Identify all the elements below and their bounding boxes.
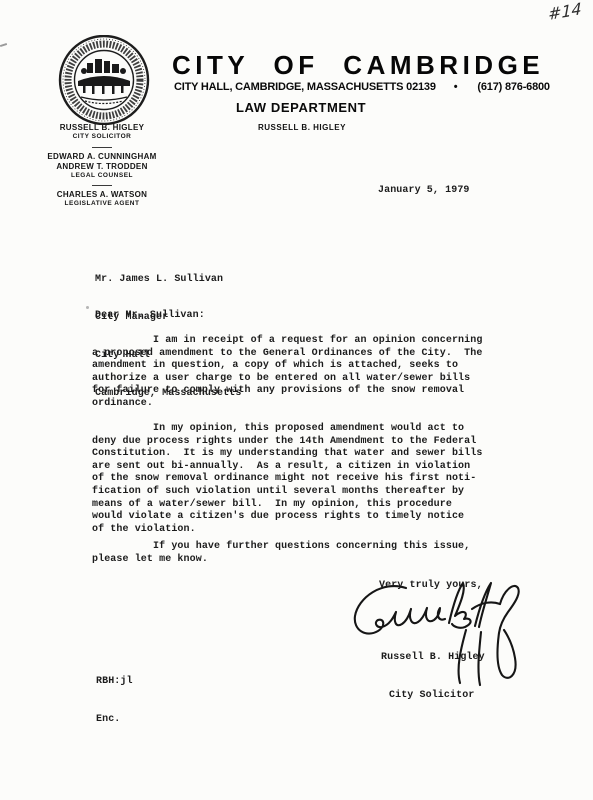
staff-title: LEGISLATIVE AGENT — [26, 200, 178, 209]
staff-title: CITY SOLICITOR — [26, 133, 178, 142]
closing-phrase: Very truly yours, — [379, 580, 483, 593]
letterhead-department-contact: RUSSELL B. HIGLEY — [258, 123, 346, 132]
recipient-line: Mr. James L. Sullivan — [95, 274, 241, 287]
letterhead-staff-list: RUSSELL B. HIGLEY CITY SOLICITOR EDWARD … — [26, 123, 178, 209]
letterhead-department: LAW DEPARTMENT — [236, 100, 366, 115]
letterhead-address-row: CITY HALL, CAMBRIDGE, MASSACHUSETTS 0213… — [174, 81, 550, 93]
body-paragraph-3: If you have further questions concerning… — [92, 541, 470, 566]
body-paragraph-1: I am in receipt of a request for an opin… — [92, 335, 482, 411]
body-paragraph-2: In my opinion, this proposed amendment w… — [92, 423, 482, 536]
letter-date: January 5, 1979 — [378, 185, 470, 198]
letterhead-address: CITY HALL, CAMBRIDGE, MASSACHUSETTS 0213… — [174, 81, 436, 93]
scanned-letter-page: #14 CITY OF CAMBRI — [0, 0, 593, 800]
signer-typed-title: City Solicitor — [381, 690, 485, 703]
letterhead-bullet-separator: • — [454, 81, 458, 93]
staff-name: ANDREW T. TRODDEN — [26, 162, 178, 172]
city-of-cambridge-seal-icon — [57, 35, 151, 125]
staff-name: EDWARD A. CUNNINGHAM — [26, 152, 178, 162]
signer-block: Russell B. Higley City Solicitor — [381, 627, 485, 728]
scan-speck — [86, 306, 89, 309]
salutation: Dear Mr. Sullivan: — [95, 310, 205, 323]
enclosure-note: Enc. — [96, 714, 133, 727]
staff-divider — [92, 185, 112, 186]
scan-speck — [0, 43, 7, 47]
staff-name: RUSSELL B. HIGLEY — [26, 123, 178, 133]
staff-title: LEGAL COUNSEL — [26, 172, 178, 181]
staff-name: CHARLES A. WATSON — [26, 190, 178, 200]
letterhead-phone: (617) 876-6800 — [477, 81, 549, 93]
staff-divider — [92, 147, 112, 148]
reference-block: RBH:jl Enc. — [96, 651, 133, 752]
letterhead-city-title: CITY OF CAMBRIDGE — [172, 50, 544, 81]
reference-initials: RBH:jl — [96, 676, 133, 689]
handwritten-page-number: #14 — [548, 0, 581, 24]
signer-typed-name: Russell B. Higley — [381, 652, 485, 665]
